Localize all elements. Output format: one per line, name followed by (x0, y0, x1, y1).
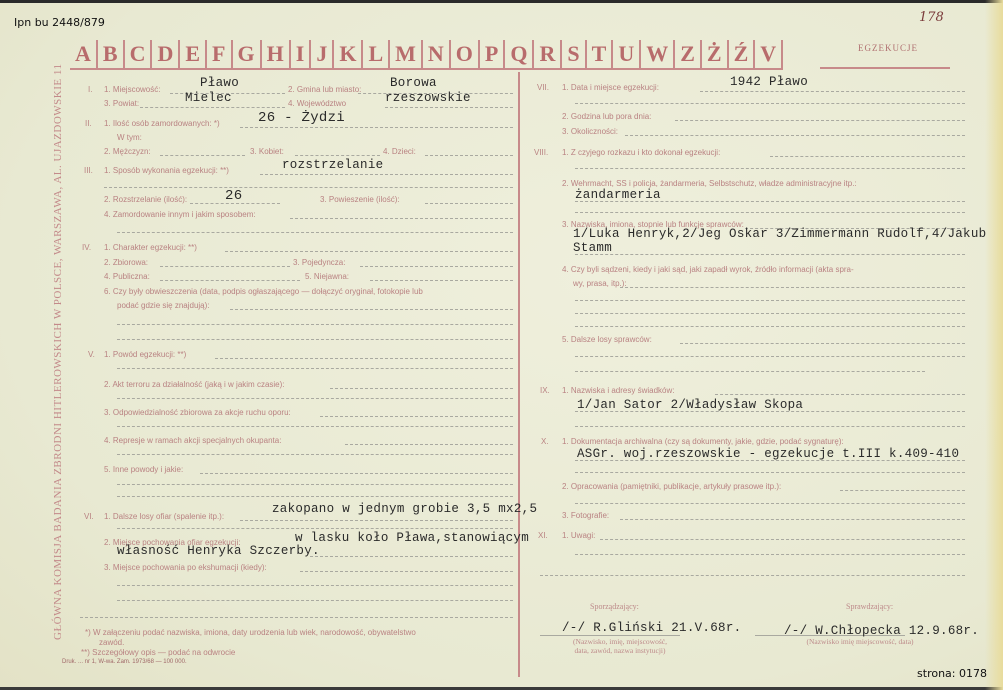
roman-XI: XI. (538, 531, 548, 540)
label-powod: 1. Powód egzekucji: **) (104, 350, 186, 359)
scan-border-top (0, 0, 1003, 3)
roman-IX: IX. (540, 386, 550, 395)
alphabet-tab-10: K (334, 40, 363, 68)
label-swiadkowie: 1. Nazwiska i adresy świadków: (562, 386, 674, 395)
field-sprawcy-2[interactable]: Stamm (573, 241, 612, 255)
field-powiat[interactable]: Mielec (185, 91, 232, 105)
alphabet-tab-16: Q (505, 40, 534, 68)
alphabet-tab-0: A (70, 40, 98, 68)
label-powiat: 3. Powiat: (104, 99, 139, 108)
label-zbiorowa: 2. Zbiorowa: (104, 258, 148, 267)
sig2-subcaption: (Nazwisko imię miejscowość, data) (780, 637, 940, 646)
roman-V: V. (88, 350, 95, 359)
label-inne-powody: 5. Inne powody i jakie: (104, 465, 183, 474)
alphabet-underline (820, 67, 950, 69)
label-odpowiedzialnosc: 3. Odpowiedzialność zbiorowa za akcje ru… (104, 408, 291, 417)
alphabet-tab-2: C (125, 40, 153, 68)
alphabet-index-tabs: ABCDEFGHIJKLMNOPQRSTUWZŻŹV (70, 38, 783, 70)
footnote-1b: zawód. (99, 638, 124, 647)
alphabet-tab-1: B (98, 40, 125, 68)
label-miejscowosc: 1. Miejscowość: (104, 85, 160, 94)
label-uwagi: 1. Uwagi: (562, 531, 595, 540)
alphabet-tab-25: V (755, 40, 783, 68)
alphabet-tab-15: P (480, 40, 505, 68)
label-pochowanie-ekshumacja: 3. Miejsce pochowania po ekshumacji (kie… (104, 563, 267, 572)
label-opracowania: 2. Opracowania (pamiętniki, publikacje, … (562, 482, 781, 491)
roman-I: I. (88, 85, 92, 94)
field-sposob[interactable]: rozstrzelanie (282, 158, 383, 172)
alphabet-tab-5: F (207, 40, 232, 68)
sig2-value[interactable]: /-/ W.Chłopecka 12.9.68r. (784, 624, 979, 638)
roman-IV: IV. (82, 243, 91, 252)
category-title: EGZEKUCJE (858, 43, 918, 53)
commission-side-text: GŁÓWNA KOMISJA BADANIA ZBRODNI HITLEROWS… (52, 60, 64, 640)
alphabet-tab-20: U (613, 40, 641, 68)
roman-VI: VI. (84, 512, 94, 521)
alphabet-tab-17: R (534, 40, 562, 68)
label-gmina: 2. Gmina lub miasto: (288, 85, 361, 94)
field-rozstrzelanie[interactable]: 26 (225, 188, 242, 204)
label-w-tym: W tym: (117, 133, 142, 142)
label-dalsze-losy-ofiar: 1. Dalsze losy ofiar (spalenie itp.): (104, 512, 224, 521)
document-page: Ipn bu 2448/879 178 ABCDEFGHIJKLMNOPQRST… (0, 0, 1003, 690)
field-dokumentacja[interactable]: ASGr. woj.rzeszowskie - egzekucje t.III … (577, 447, 959, 461)
label-obwieszczenia-2: podać gdzie się znajdują): (117, 301, 210, 310)
field-miejsce-pochowania[interactable]: w lasku koło Pława,stanowiącym (295, 531, 529, 545)
sig1-caption: Sporządzający: (590, 602, 639, 611)
label-wehrmacht: 2. Wehrmacht, SS i policja, żandarmeria,… (562, 179, 857, 188)
alphabet-tab-7: H (262, 40, 291, 68)
field-dalsze-losy-ofiar[interactable]: zakopano w jednym grobie 3,5 mx2,5 (272, 502, 537, 516)
label-akt-terroru: 2. Akt terroru za działalność (jaką i w … (104, 380, 285, 389)
label-zamordowanie: 4. Zamordowanie innym i jakim sposobem: (104, 210, 256, 219)
sig1-sub1: (Nazwisko, imię, miejscowość, (550, 637, 690, 646)
alphabet-tab-9: J (311, 40, 334, 68)
sig1-subcaption: (Nazwisko, imię, miejscowość, data, zawó… (550, 637, 690, 655)
label-z-czyjego-rozkazu: 1. Z czyjego rozkazu i kto dokonał egzek… (562, 148, 720, 157)
roman-II: II. (85, 119, 92, 128)
roman-X: X. (541, 437, 549, 446)
field-swiadkowie[interactable]: 1/Jan Sator 2/Władysław Skopa (577, 398, 803, 412)
handwritten-page-number: 178 (919, 10, 944, 25)
roman-VIII: VIII. (534, 148, 548, 157)
field-ilosc-osob[interactable]: 26 - Żydzi (258, 110, 345, 126)
sig2-caption: Sprawdzający: (846, 602, 893, 611)
alphabet-tab-13: N (423, 40, 451, 68)
label-dalsze-losy-sprawcow: 5. Dalsze losy sprawców: (562, 335, 652, 344)
field-miejscowosc[interactable]: Pławo (200, 76, 239, 90)
label-niejawna: 5. Niejawna: (305, 272, 349, 281)
sig1-sub2: data, zawód, nazwa instytucji) (550, 646, 690, 655)
label-sposob: 1. Sposób wykonania egzekucji: **) (104, 166, 229, 175)
footnote-2: **) Szczegółowy opis — podać na odwrocie (81, 648, 235, 657)
label-represje: 4. Represje w ramach akcji specjalnych o… (104, 436, 281, 445)
roman-VII: VII. (537, 83, 549, 92)
alphabet-tab-4: E (180, 40, 207, 68)
alphabet-tab-12: M (390, 40, 423, 68)
label-czy-sadzeni: 4. Czy byli sądzeni, kiedy i jaki sąd, j… (562, 265, 854, 274)
field-sprawcy[interactable]: 1/Luka Henryk,2/Jeg Oskar 3/Zimmermann R… (573, 227, 986, 241)
label-okolicznosci: 3. Okoliczności: (562, 127, 618, 136)
field-data-miejsce[interactable]: 1942 Pławo (730, 75, 808, 89)
label-data-miejsce: 1. Data i miejsce egzekucji: (562, 83, 659, 92)
paper-edge (985, 0, 1003, 690)
label-mezczyzn: 2. Mężczyzn: (104, 147, 151, 156)
alphabet-tab-19: T (587, 40, 614, 68)
label-publiczna: 4. Publiczna: (104, 272, 150, 281)
alphabet-tab-6: G (233, 40, 262, 68)
alphabet-tab-24: Ź (729, 40, 756, 68)
alphabet-tab-21: W (641, 40, 675, 68)
label-czy-sadzeni-2: wy, prasa, itp.): (573, 279, 627, 288)
print-info: Druk. ... nr 1, W-wa. Zam. 1973/68 — 100… (62, 659, 187, 665)
page-label: strona: 0178 (917, 667, 987, 680)
field-wojewodztwo[interactable]: rzeszowskie (385, 91, 471, 105)
label-fotografie: 3. Fotografie: (562, 511, 609, 520)
field-miejsce-pochowania-2[interactable]: własność Henryka Szczerby. (117, 544, 320, 558)
label-dzieci: 4. Dzieci: (383, 147, 416, 156)
sig1-value[interactable]: /-/ R.Gliński 21.V.68r. (562, 621, 741, 635)
label-obwieszczenia: 6. Czy były obwieszczenia (data, podpis … (104, 287, 423, 296)
label-powieszenie: 3. Powieszenie (ilość): (320, 195, 400, 204)
label-pojedyncza: 3. Pojedyncza: (293, 258, 345, 267)
alphabet-tab-18: S (562, 40, 586, 68)
alphabet-tab-14: O (451, 40, 480, 68)
footnote-1: *) W załączeniu podać nazwiska, imiona, … (85, 628, 416, 637)
label-rozstrzelanie: 2. Rozstrzelanie (ilość): (104, 195, 187, 204)
archive-reference: Ipn bu 2448/879 (14, 16, 105, 29)
alphabet-tab-23: Ż (702, 40, 729, 68)
label-wojewodztwo: 4. Województwo (288, 99, 346, 108)
roman-III: III. (84, 166, 93, 175)
label-kobiet: 3. Kobiet: (250, 147, 284, 156)
label-charakter: 1. Charakter egzekucji: **) (104, 243, 197, 252)
label-dokumentacja: 1. Dokumentacja archiwalna (czy są dokum… (562, 437, 844, 446)
alphabet-tab-3: D (152, 40, 180, 68)
alphabet-tab-8: I (291, 40, 312, 68)
label-godzina: 2. Godzina lub pora dnia: (562, 112, 651, 121)
field-gmina[interactable]: Borowa (390, 76, 437, 90)
field-formacja[interactable]: żandarmeria (575, 188, 661, 202)
column-divider (518, 72, 520, 677)
label-ilosc-osob: 1. Ilość osób zamordowanych: *) (104, 119, 220, 128)
sig2-sub1: (Nazwisko imię miejscowość, data) (780, 637, 940, 646)
alphabet-tab-22: Z (675, 40, 702, 68)
alphabet-tab-11: L (363, 40, 390, 68)
